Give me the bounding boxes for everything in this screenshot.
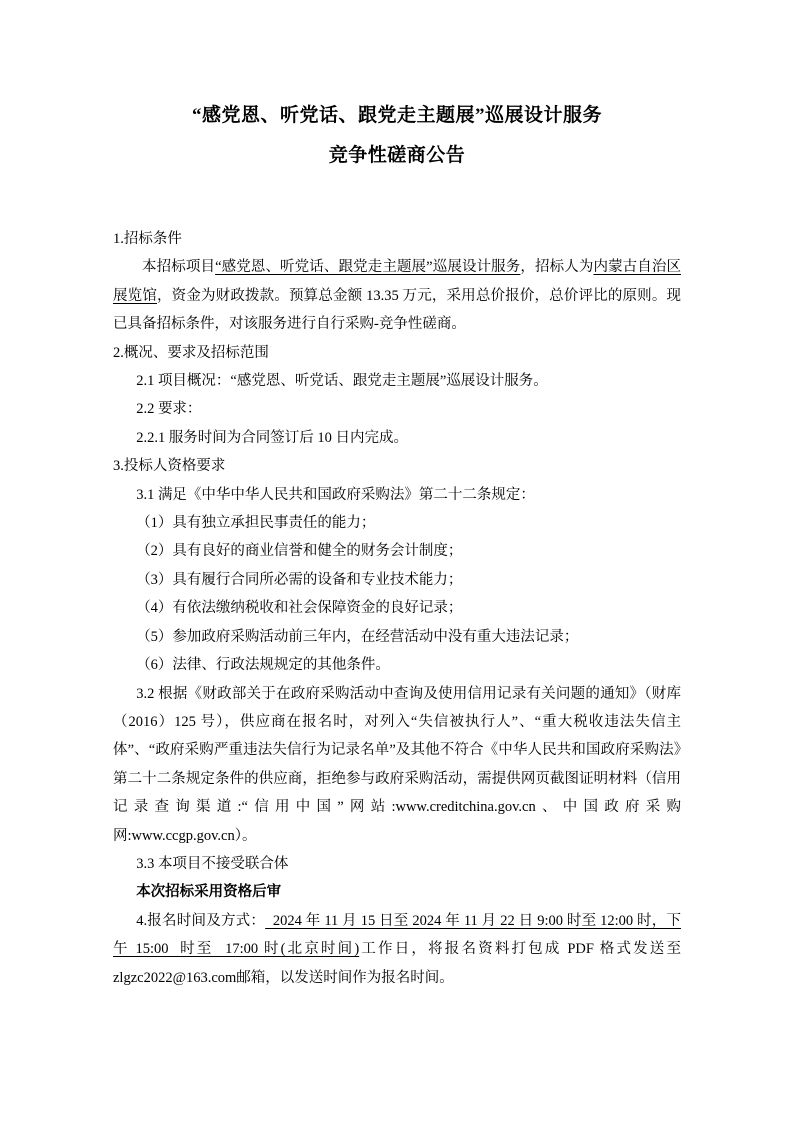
paragraph-16: 3.3 本项目不接受联合体: [113, 850, 681, 878]
underlined-text: “感党恩、听党话、跟党走主题展”巡展设计服务: [215, 259, 520, 275]
paragraph-10: （2）具有良好的商业信誉和健全的财务会计制度；: [113, 537, 681, 565]
paragraph-6: 2.2.1 服务时间为合同签订后 10 日内完成。: [113, 424, 681, 452]
paragraph-14: （6）法律、行政法规规定的其他条件。: [113, 651, 681, 679]
text-segment: 3.3 本项目不接受联合体: [136, 856, 288, 872]
text-segment: （3）具有履行合同所必需的设备和专业技术能力；: [136, 572, 462, 588]
text-segment: （1）具有独立承担民事责任的能力；: [136, 515, 375, 531]
text-segment: 2.1 项目概况：“感党恩、听党话、跟党走主题展”巡展设计服务。: [136, 373, 548, 389]
document-title-line-2: 竞争性磋商公告: [113, 136, 681, 176]
paragraph-8: 3.1 满足《中华中华人民共和国政府采购法》第二十二条规定：: [113, 481, 681, 509]
text-segment: （6）法律、行政法规规定的其他条件。: [136, 657, 390, 673]
text-segment: 3.投标人资格要求: [113, 458, 225, 474]
paragraph-4: 2.1 项目概况：“感党恩、听党话、跟党走主题展”巡展设计服务。: [113, 367, 681, 395]
paragraph-12: （4）有依法缴纳税收和社会保障资金的良好记录；: [113, 594, 681, 622]
paragraph-15: 3.2 根据《财政部关于在政府采购活动中查询及使用信用记录有关问题的通知》（财库…: [113, 680, 681, 850]
text-segment: （4）有依法缴纳税收和社会保障资金的良好记录；: [136, 600, 462, 616]
text-segment: 4.报名时间及方式：: [136, 913, 265, 929]
text-segment: （2）具有良好的商业信誉和健全的财务会计制度；: [136, 543, 462, 559]
paragraph-3: 2.概况、要求及招标范围: [113, 339, 681, 367]
paragraph-17: 本次招标采用资格后审: [113, 878, 681, 906]
paragraph-2: 本招标项目“感党恩、听党话、跟党走主题展”巡展设计服务，招标人为内蒙古自治区展览…: [113, 253, 681, 338]
text-segment: 3.2 根据《财政部关于在政府采购活动中查询及使用信用记录有关问题的通知》（财库…: [113, 686, 681, 844]
paragraph-9: （1）具有独立承担民事责任的能力；: [113, 509, 681, 537]
paragraph-13: （5）参加政府采购活动前三年内，在经营活动中没有重大违法记录；: [113, 623, 681, 651]
text-segment: ，资金为财政拨款。预算总金额 13.35 万元，采用总价报价，总价评比的原则。现…: [113, 288, 681, 332]
document-title-block: “感党恩、听党话、跟党走主题展”巡展设计服务 竞争性磋商公告: [113, 96, 681, 176]
text-segment: 1.招标条件: [113, 231, 182, 247]
text-segment: 3.1 满足《中华中华人民共和国政府采购法》第二十二条规定：: [136, 487, 535, 503]
text-segment: 本招标项目: [142, 259, 215, 275]
document-title-line-1: “感党恩、听党话、跟党走主题展”巡展设计服务: [113, 96, 681, 136]
paragraph-7: 3.投标人资格要求: [113, 452, 681, 480]
document-page: “感党恩、听党话、跟党走主题展”巡展设计服务 竞争性磋商公告 1.招标条件本招标…: [0, 0, 793, 1122]
paragraph-5: 2.2 要求：: [113, 395, 681, 423]
paragraph-11: （3）具有履行合同所必需的设备和专业技术能力；: [113, 566, 681, 594]
paragraph-1: 1.招标条件: [113, 225, 681, 253]
text-segment: 2.2 要求：: [136, 401, 201, 417]
text-segment: ，招标人为: [520, 259, 593, 275]
paragraph-18: 4.报名时间及方式： 2024 年 11 月 15 日至 2024 年 11 月…: [113, 907, 681, 992]
text-segment: 本次招标采用资格后审: [136, 884, 281, 900]
text-segment: 2.2.1 服务时间为合同签订后 10 日内完成。: [136, 430, 408, 446]
text-segment: 2.概况、要求及招标范围: [113, 345, 269, 361]
document-body: 1.招标条件本招标项目“感党恩、听党话、跟党走主题展”巡展设计服务，招标人为内蒙…: [113, 225, 681, 992]
text-segment: （5）参加政府采购活动前三年内，在经营活动中没有重大违法记录；: [136, 629, 578, 645]
